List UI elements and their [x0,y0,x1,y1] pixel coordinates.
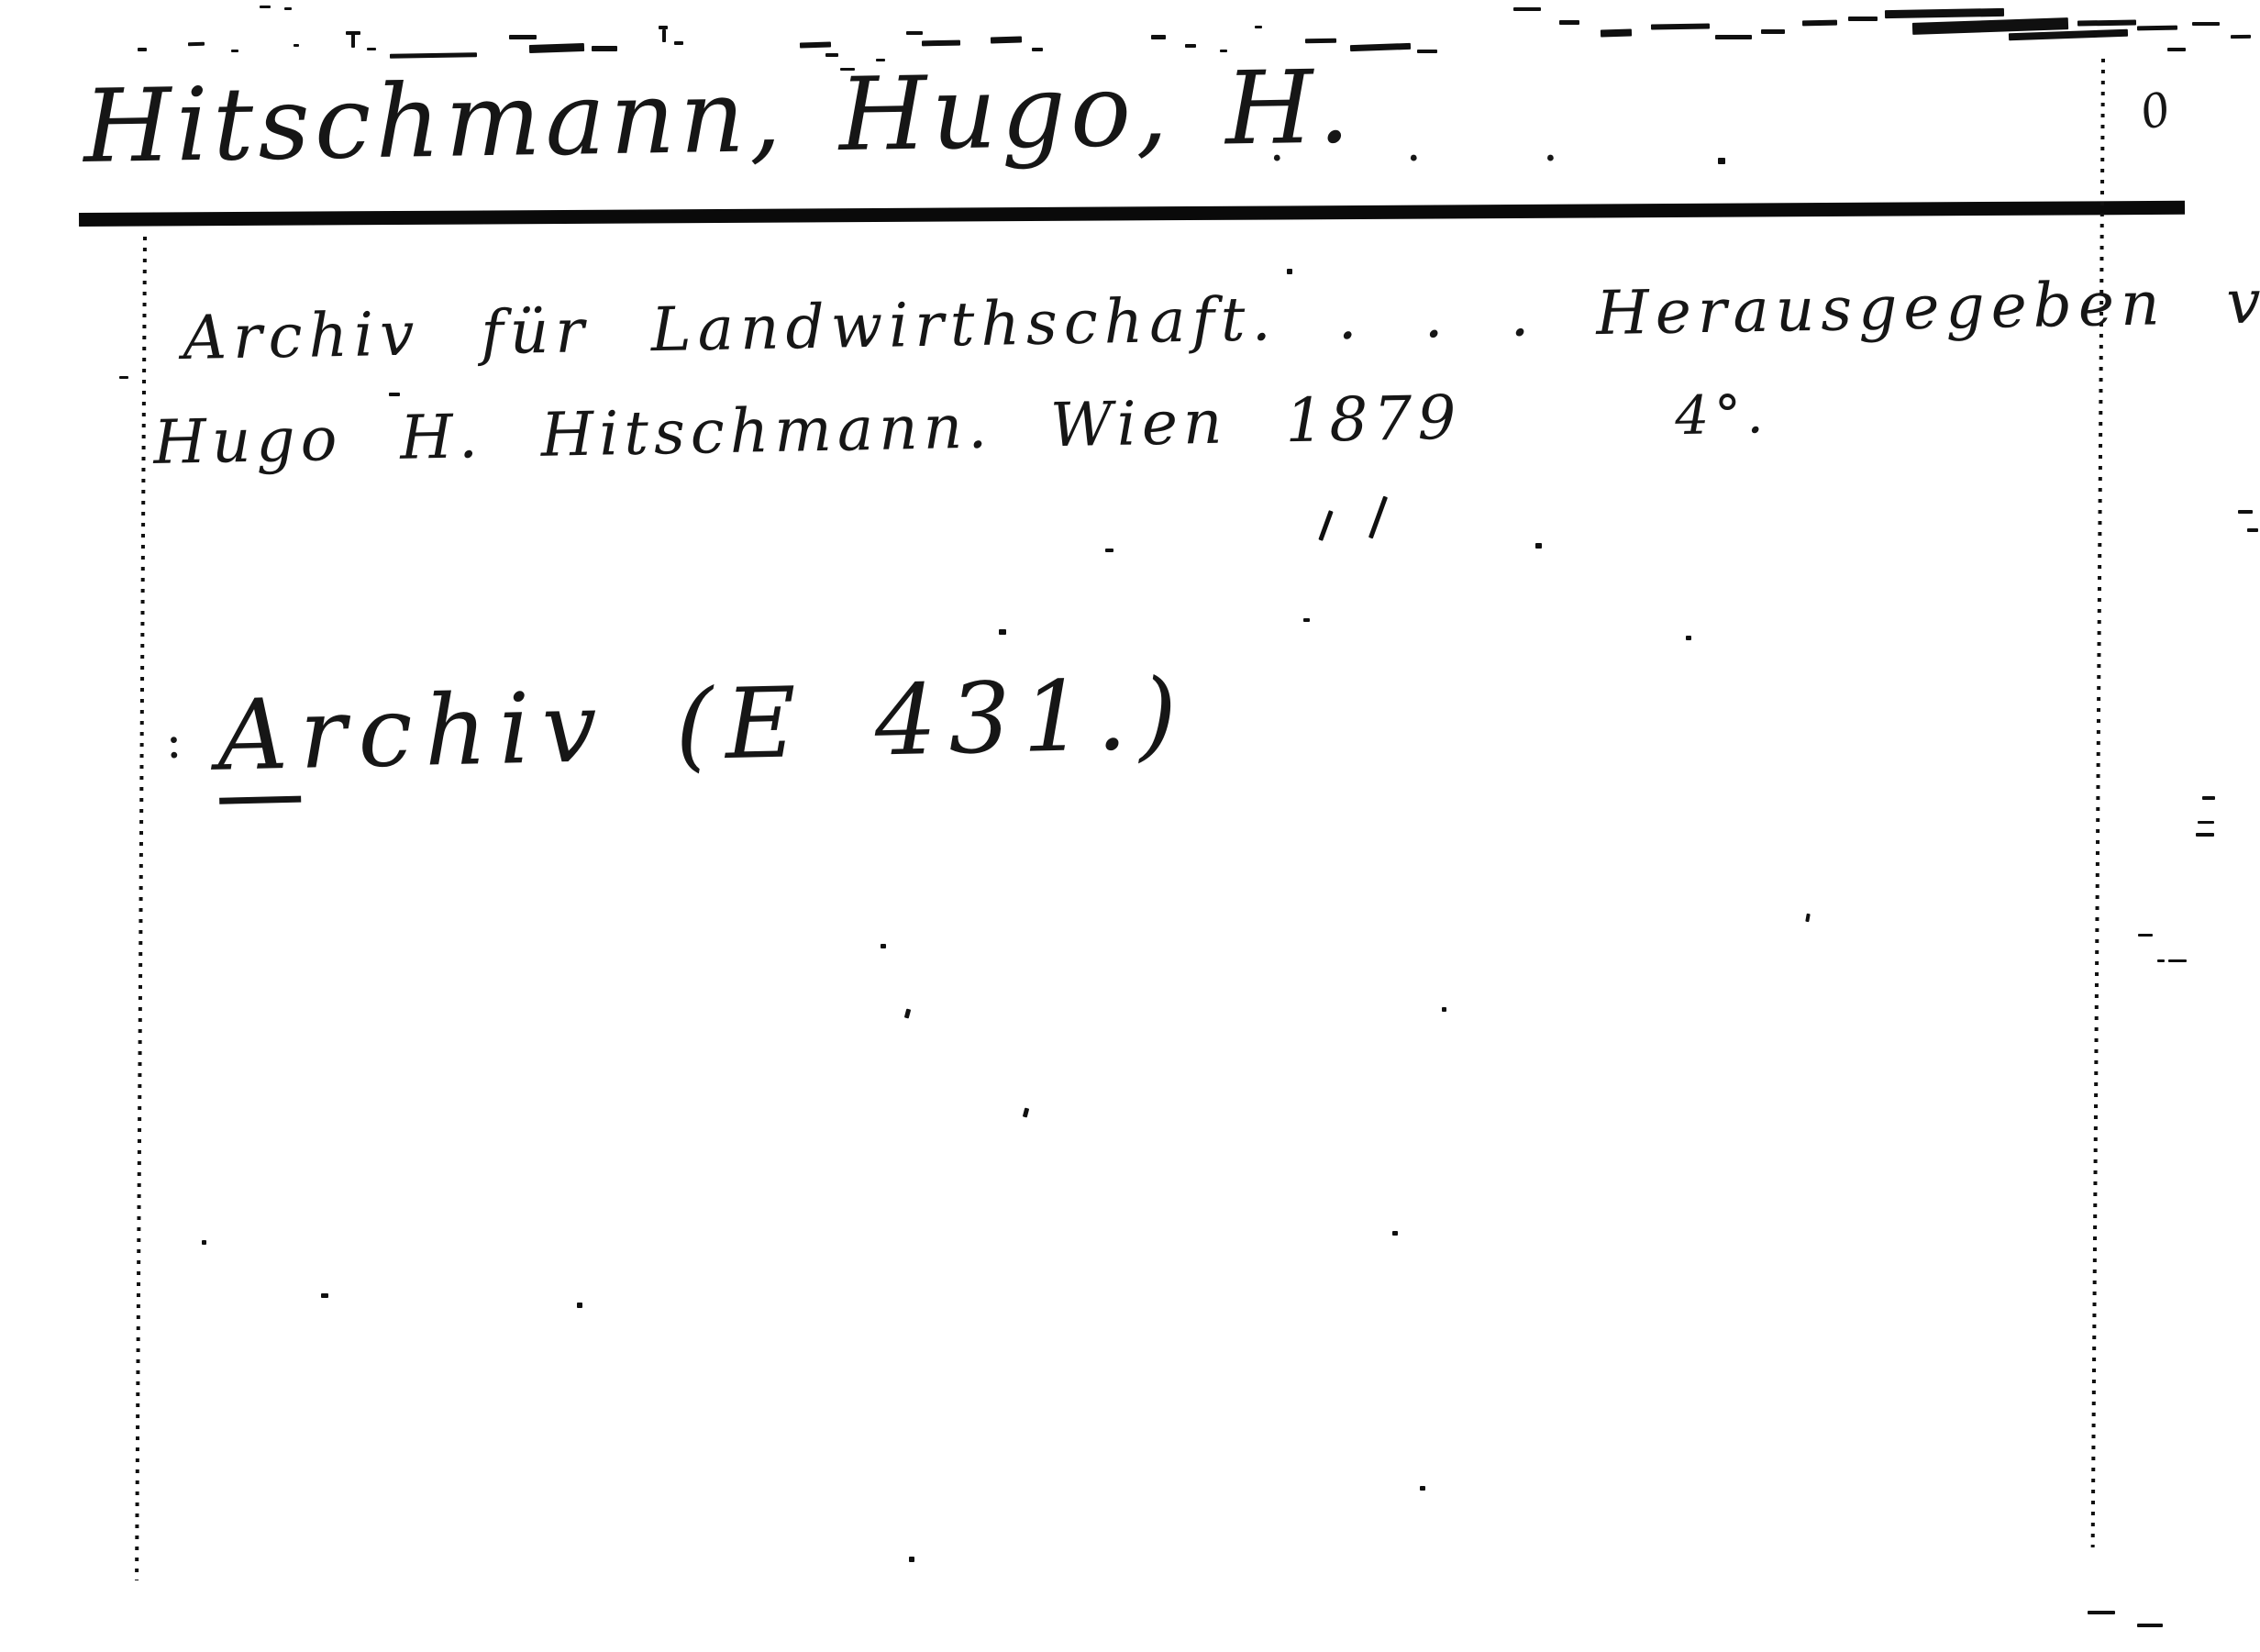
scan-noise-mark [2167,48,2186,51]
scan-noise-mark [800,41,831,48]
scan-noise-mark [321,1293,328,1298]
scan-noise-mark [202,1240,206,1245]
scan-noise-mark [1805,914,1811,923]
scan-noise-mark [1420,1486,1425,1491]
scan-noise-mark [2238,510,2253,514]
scan-noise-mark [1802,20,1837,27]
scan-noise-mark [2137,1624,2163,1627]
scan-noise-mark [1185,44,1196,48]
scan-noise-mark [1885,8,2004,18]
scan-noise-mark [1023,1108,1029,1118]
scan-noise-mark [1559,20,1579,25]
scan-noise-mark [2192,22,2220,26]
scan-noise-mark [904,1009,911,1019]
scan-noise-mark [1318,510,1333,541]
scan-noise-mark [922,40,960,47]
scan-noise-mark [2137,26,2177,31]
scan-noise-mark [2088,1611,2115,1614]
scan-noise-mark [1255,26,1262,28]
scan-noise-mark [674,41,683,45]
scan-noise-mark [389,393,400,396]
scan-noise-mark [1686,636,1691,640]
scan-noise-mark [1368,496,1388,539]
scan-noise-layer [0,0,2260,1652]
scan-noise-mark [1848,17,1878,21]
scan-noise-mark [188,42,205,47]
scan-noise-mark [2202,796,2215,800]
scan-noise-mark [509,35,537,39]
callout-underlined-letter: A [216,678,302,804]
scan-noise-mark [284,7,292,10]
format-notation: 4°. [1675,383,1770,447]
scan-noise-mark [231,50,238,52]
scan-noise-mark [1718,158,1725,164]
scan-noise-mark [1032,48,1043,51]
scan-noise-mark [662,29,666,42]
scan-noise-mark [1651,23,1710,29]
scan-noise-mark [1513,7,1541,11]
subject-callout: :Archiv (E 431.) [164,658,1190,793]
scan-noise-mark [906,31,923,35]
scan-noise-mark [2077,19,2136,26]
scan-noise-mark [260,6,271,8]
scan-noise-mark [1287,269,1292,274]
scan-noise-mark [529,43,584,53]
scan-noise-mark [1442,1007,1446,1012]
scan-noise-mark [592,46,617,51]
scan-noise-mark [2138,934,2153,937]
scan-noise-mark [2168,959,2187,962]
scan-noise-mark [1305,39,1336,44]
scan-noise-mark [367,48,376,50]
scan-noise-mark [2196,833,2214,837]
scan-noise-mark [1151,35,1166,39]
scan-noise-mark [138,48,147,51]
scan-noise-mark [2157,959,2165,962]
scan-noise-mark [2198,821,2214,824]
scan-noise-mark [1535,543,1542,549]
scan-noise-mark [1715,35,1752,39]
scan-noise-mark [294,44,299,47]
scan-noise-mark [351,33,355,48]
catalog-card: Hitschmann, Hugo, H. . . . 0 Archiv für … [0,0,2260,1652]
scan-noise-mark [577,1303,582,1308]
scan-noise-mark [1417,50,1437,53]
scan-noise-mark [1392,1231,1398,1236]
scan-noise-mark [999,629,1006,635]
scan-noise-mark [909,1557,914,1562]
scan-noise-mark [390,52,477,59]
callout-rest: rchiv (E 431.) [298,658,1190,791]
scan-noise-mark [1350,43,1411,51]
heading-trailing-dots: . . . [1269,117,1612,172]
scan-noise-mark [1761,29,1785,34]
card-heading: Hitschmann, Hugo, H. [83,48,1356,185]
scan-noise-mark [881,944,886,948]
scan-noise-mark [1601,28,1632,37]
scan-noise-mark [1303,618,1310,622]
scan-noise-mark [2247,528,2258,532]
scan-noise-mark [2231,35,2251,39]
callout-colon: : [165,714,194,770]
scan-noise-mark [991,36,1022,43]
scan-noise-mark [119,376,128,379]
scan-noise-mark [1105,549,1113,552]
